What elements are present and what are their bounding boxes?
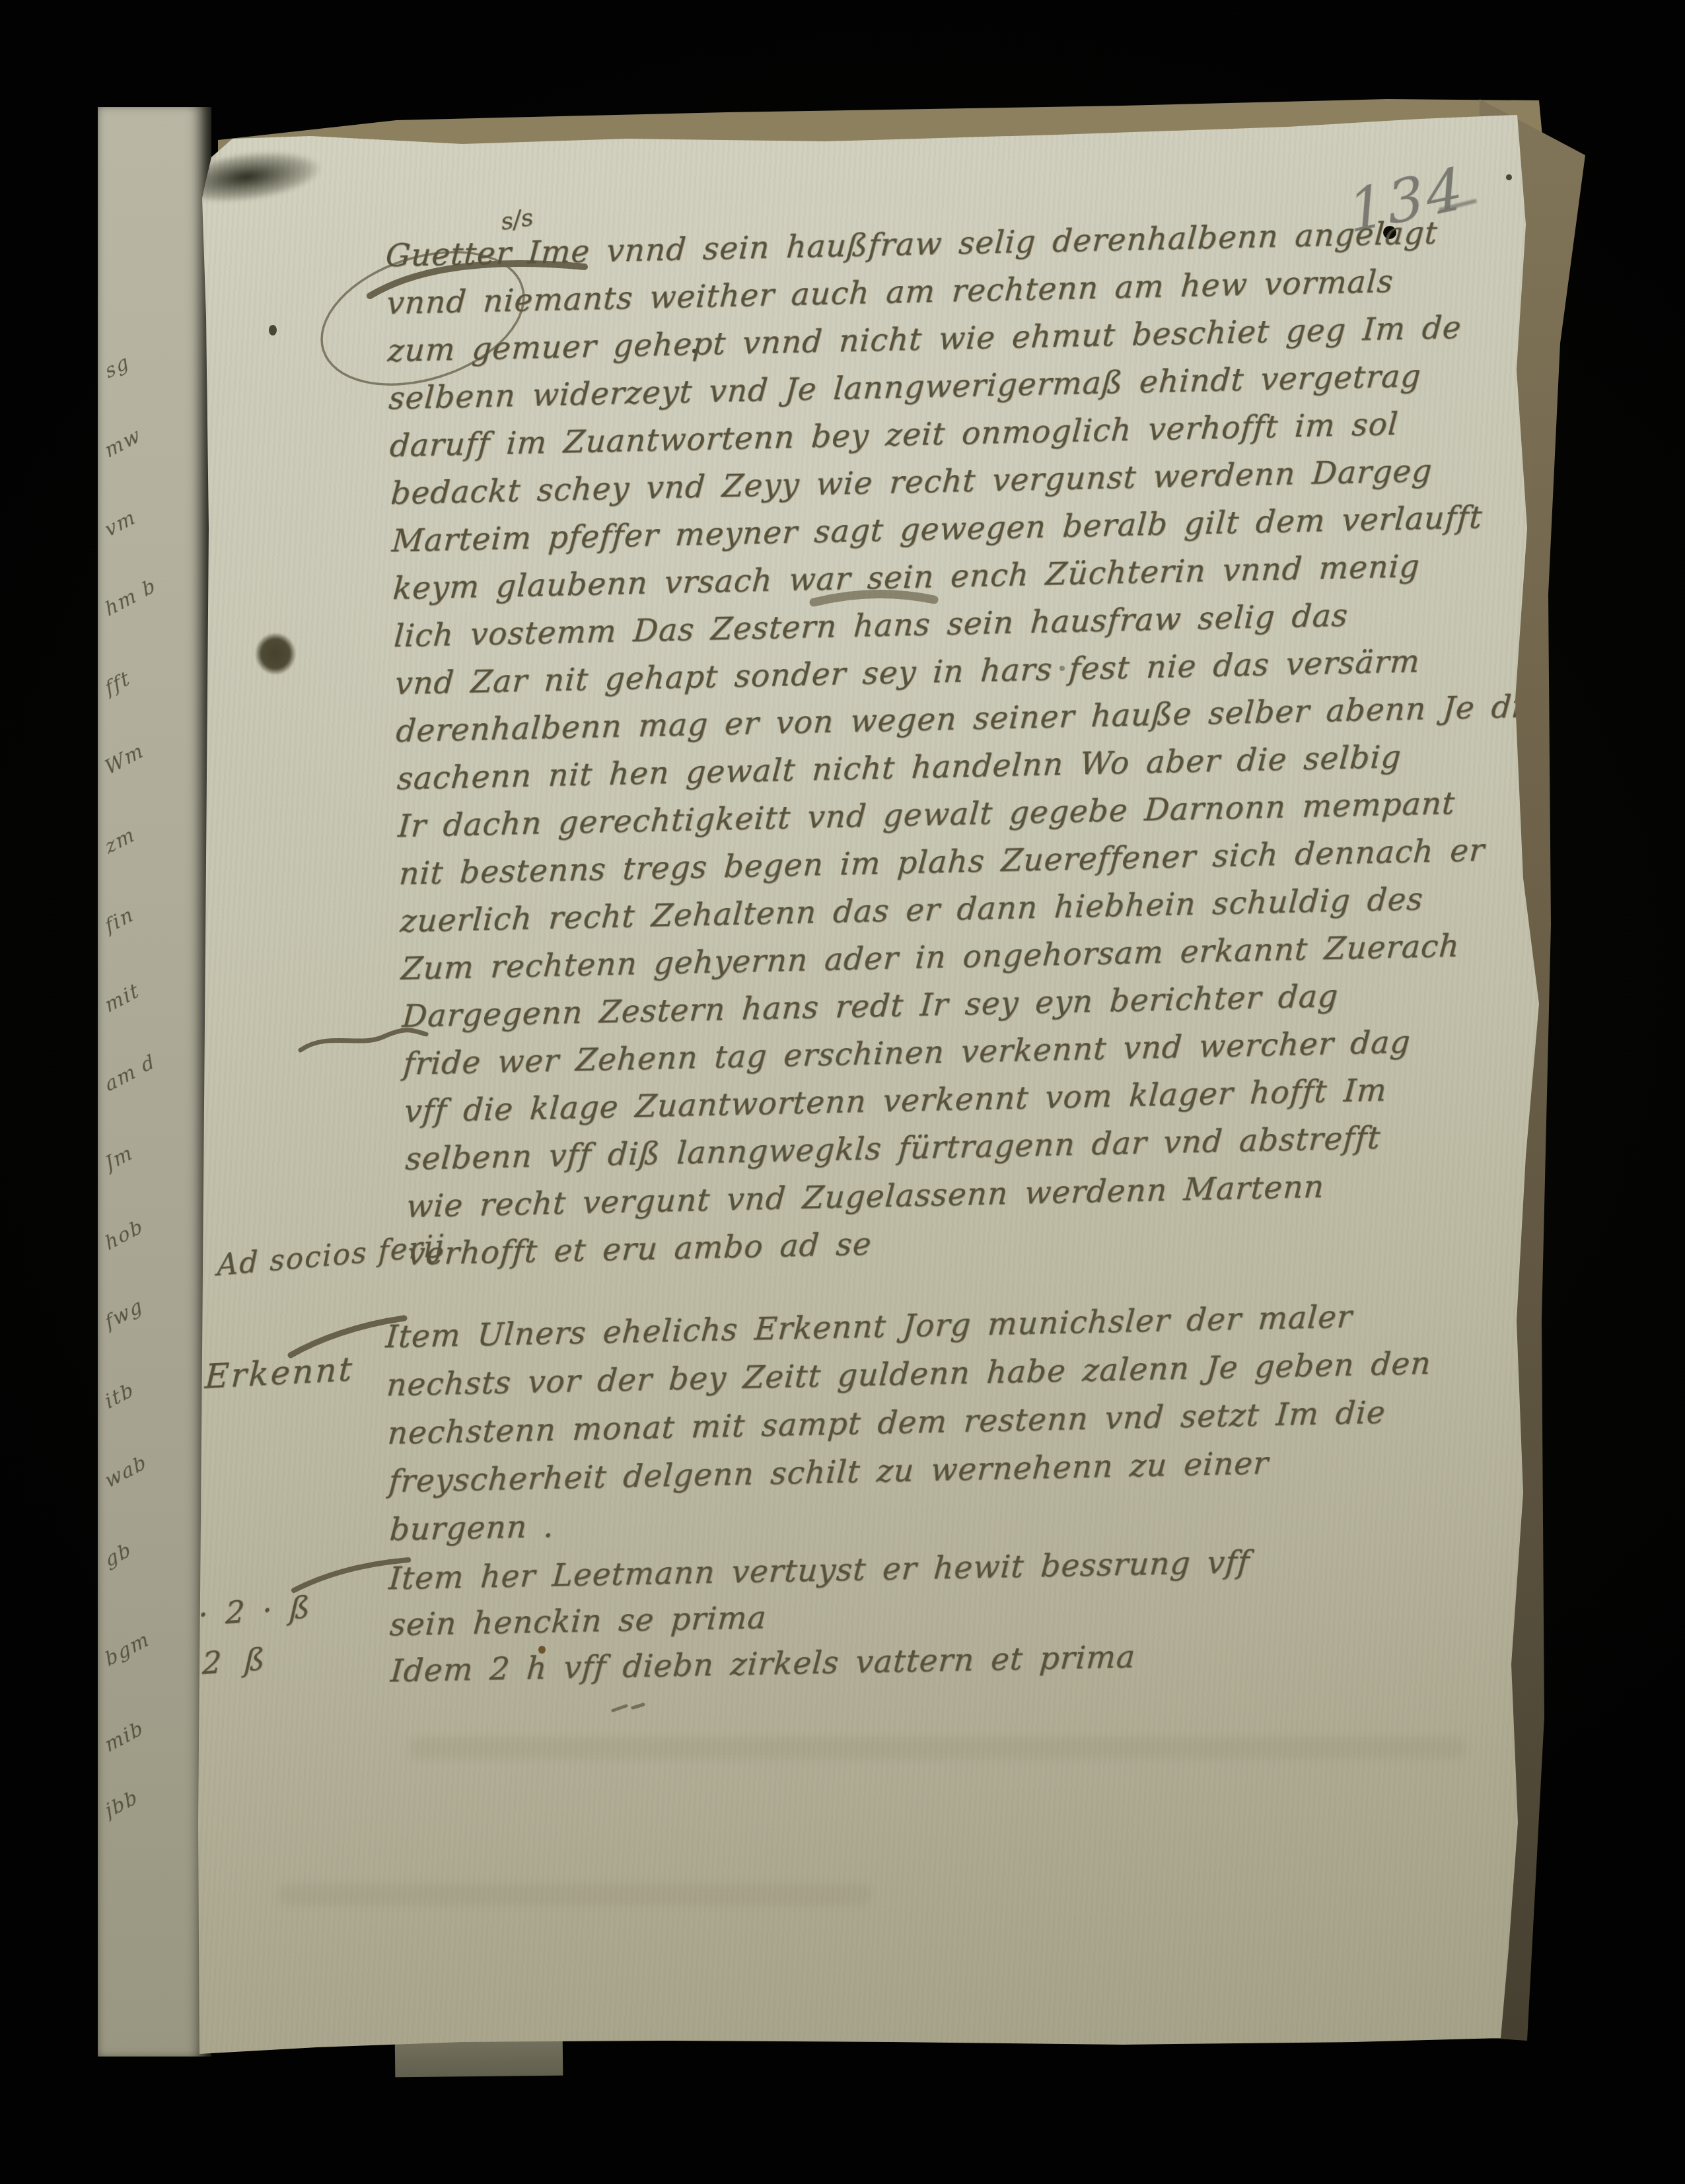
gutter-text-fragment: zm [102,791,198,860]
gutter-text-fragment: fft [102,633,198,701]
gutter-text-fragment: Wm [102,712,198,781]
gutter-text-fragment: Jm [102,1108,198,1177]
gutter-text-fragment: fin [102,870,198,939]
gutter-text-fragment: bgm [102,1603,198,1672]
gutter-text-fragment: gb [102,1504,198,1573]
margin-cost-mark-1: · 2 · ß [197,1589,314,1633]
gutter-text-fragment: sg [102,316,198,384]
gutter-text-fragment: mib [102,1689,198,1758]
page-sheet: 134 s/s Guetter Ime vnnd sein haußfraw s… [0,0,1685,2184]
gutter-text-fragment: mw [102,395,198,464]
handwritten-entry-2: Item Ulners ehelichs Erkennt Jorg munich… [385,1289,1539,1554]
gutter-text-fragment: vm [102,474,198,543]
gutter-text-fragment: am d [102,1029,198,1098]
show-through-band [277,1884,872,1906]
gutter-text-fragment: wab [102,1425,198,1494]
gutter-text-fragment: jbb [102,1755,198,1824]
speck [1506,174,1512,180]
handwritten-entry-3: Item her Leetmann vertuyst er hewit bess… [388,1534,1514,1695]
speck [269,325,277,335]
gutter-text-fragment: mit [102,950,198,1018]
gutter-text-fragment: fwg [102,1267,198,1335]
gutter-page-strip: sg mw vm hm b fft Wm zm fin mit am d Jm … [98,107,211,2057]
gutter-text-fragment: hm b [102,553,198,622]
margin-note-erkennt: Erkennt [204,1350,355,1396]
gutter-text-fragment: itb [102,1346,198,1415]
handwritten-entry-1: Guetter Ime vnnd sein haußfraw selig der… [385,207,1557,1279]
margin-cost-mark-2: 2 ß [201,1640,271,1681]
manuscript-photo: sg mw vm hm b fft Wm zm fin mit am d Jm … [0,0,1685,2184]
ink-blot-stain [255,633,296,675]
gutter-text-fragment: hob [102,1187,198,1256]
show-through-band [410,1737,1466,1759]
